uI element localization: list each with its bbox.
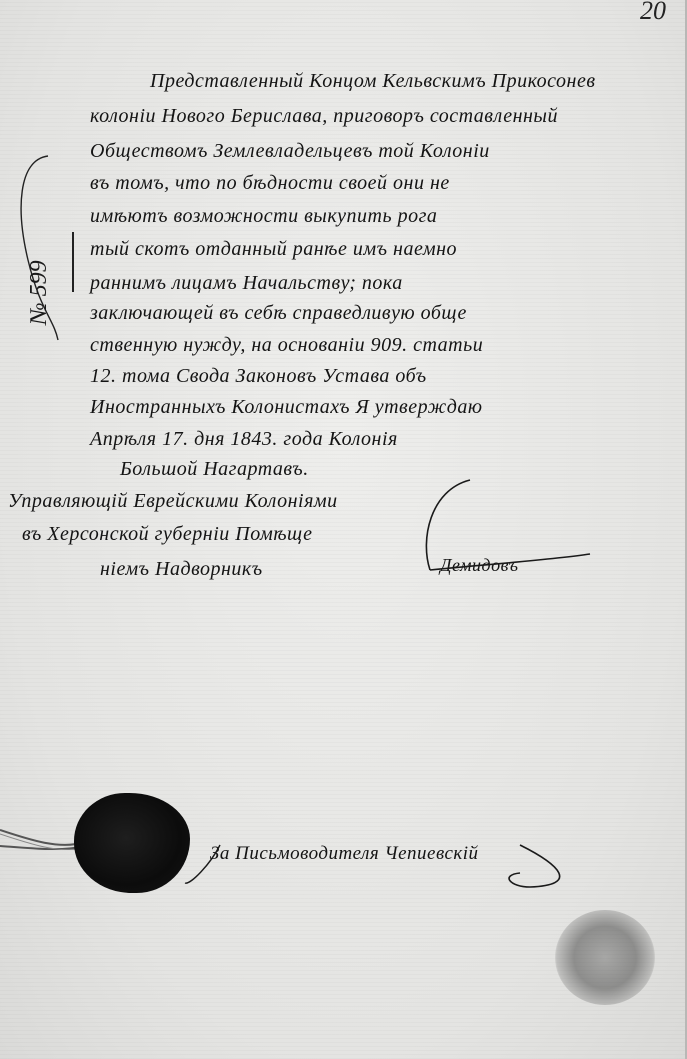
body-line: раннимъ лицамъ Начальству; пока [90, 272, 403, 295]
signature-title-line: Управляющій Еврейскими Колоніями [8, 490, 338, 513]
signature-title-line: ніемъ Надворникъ [100, 558, 263, 581]
registry-number-text: № 599 [26, 260, 53, 325]
page-number: 20 [640, 0, 666, 26]
signature-flourish-icon [400, 470, 600, 590]
body-line: Обществомъ Землевладельцевъ той Колоніи [90, 140, 490, 163]
body-line: 12. тома Свода Законовъ Устава объ [90, 365, 427, 388]
body-line: Апрѣля 17. дня 1843. года Колонія [90, 428, 398, 451]
registry-number-underline [72, 232, 74, 292]
body-line: ственную нужду, на основаніи 909. статьи [90, 334, 483, 357]
margin-registry-number: № 599 [22, 190, 72, 310]
body-line: имѣютъ возможности выкупить рога [90, 205, 437, 228]
body-line: въ томъ, что по бѣдности своей они не [90, 172, 450, 195]
body-line: Иностранныхъ Колонистахъ Я утверждаю [90, 396, 482, 419]
wax-seal [74, 793, 190, 893]
body-line: Представленный Концом Кельвскимъ Прикосо… [150, 70, 596, 93]
secretary-flourish-icon [180, 835, 600, 895]
body-line: тый скотъ отданный ранѣе имъ наемно [90, 238, 457, 261]
ink-stamp [555, 910, 655, 1005]
signature-title-line: въ Херсонской губерніи Помѣще [22, 523, 313, 546]
document-page: 20 № 599 Представленный Концом Кельвским… [0, 0, 687, 1059]
body-line: колоніи Нового Берислава, приговоръ сост… [90, 105, 558, 128]
body-line: Большой Нагартавъ. [120, 458, 309, 481]
body-line: заключающей въ себѣ справедливую обще [90, 302, 467, 325]
